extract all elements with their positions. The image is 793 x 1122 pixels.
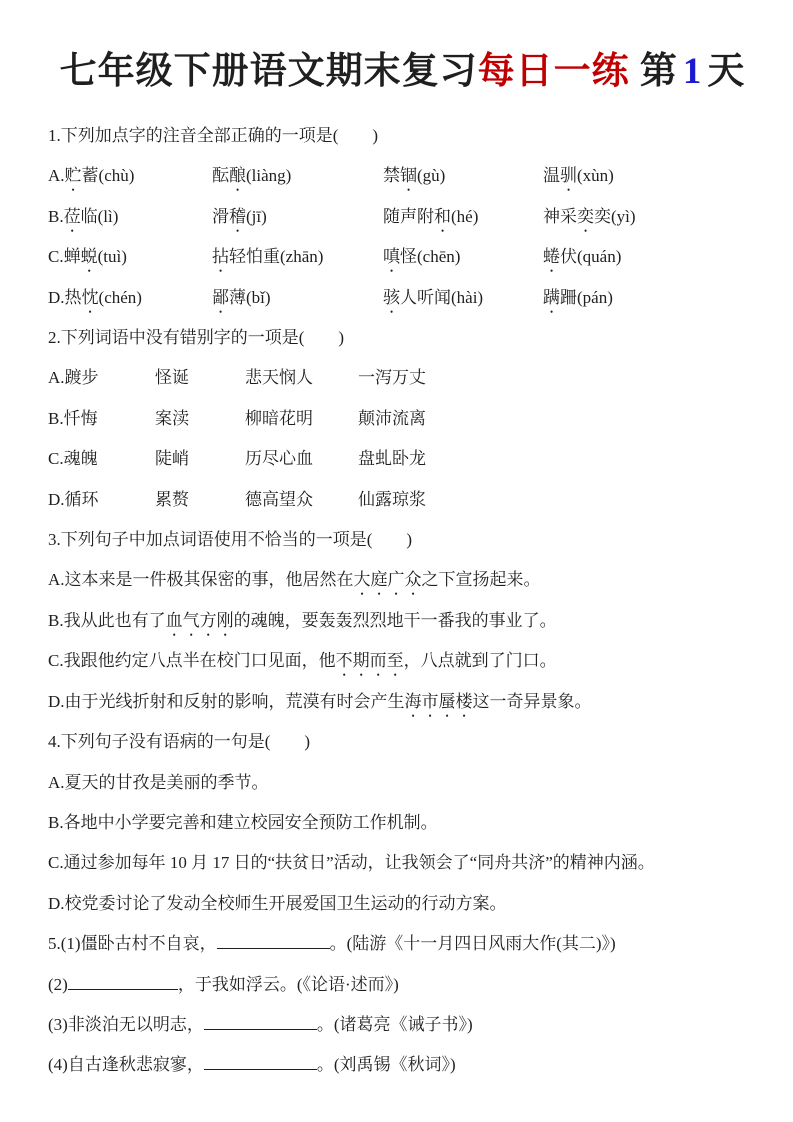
text-segment: 酝 <box>212 166 229 185</box>
question-4-stem: 4.下列句子没有语病的一句是( ) <box>48 722 757 762</box>
text-segment: A.夏天的甘孜是美丽的季节。 <box>48 773 269 792</box>
option-cell: 拈轻怕重(zhān) <box>212 237 383 277</box>
text-segment: (3)非淡泊无以明志， <box>48 1015 204 1034</box>
text-segment: 七年级下册语文期末复习 <box>60 51 478 92</box>
question-2-stem: 2.下列词语中没有错别字的一项是( ) <box>48 318 757 358</box>
text-segment: 2.下列词语中没有错别字的一项是( ) <box>48 328 344 347</box>
option-cell: 仙露琼浆 <box>358 480 426 520</box>
text-segment: D.校党委讨论了发动全校师生开展爱国卫生运动的行动方案。 <box>48 894 507 913</box>
text-segment: 奕(yì) <box>594 207 636 226</box>
option-cell: 蜷伏(quán) <box>543 237 621 277</box>
question-4: 4.下列句子没有语病的一句是( )A.夏天的甘孜是美丽的季节。B.各地中小学要完… <box>48 722 757 924</box>
option-cell: 颠沛流离 <box>358 399 426 439</box>
option-cell: A.贮蓄(chù) <box>48 156 212 196</box>
worksheet-page: 七年级下册语文期末复习每日一练 第1天 1.下列加点字的注音全部正确的一项是( … <box>0 0 793 1122</box>
option-cell: 怪诞 <box>155 358 245 398</box>
text-segment: (hé) <box>451 207 478 226</box>
answer-blank <box>217 948 330 949</box>
emphasized-word: 蜷 <box>543 247 560 266</box>
emphasized-word: 莅 <box>64 207 81 226</box>
text-segment: 仙露琼浆 <box>358 490 426 509</box>
option-cell: 禁锢(gù) <box>383 156 543 196</box>
option-cell: 嗔怪(chēn) <box>383 237 543 277</box>
text-segment: B.忏悔 <box>48 409 98 428</box>
text-segment: 历尽心血 <box>245 449 313 468</box>
option-line: B.各地中小学要完善和建立校园安全预防工作机制。 <box>48 803 757 843</box>
text-segment: (4)自古逢秋悲寂寥， <box>48 1055 204 1074</box>
option-cell: D.热忱(chén) <box>48 278 212 318</box>
text-segment: 神采 <box>543 207 577 226</box>
emphasized-word: 驯 <box>560 166 577 185</box>
text-segment: 德高望众 <box>245 490 313 509</box>
text-segment: 怪(chēn) <box>400 247 460 266</box>
option-cell: 滑稽(jī) <box>212 197 383 237</box>
text-segment: C.蝉 <box>48 247 81 266</box>
text-segment: A. <box>48 166 65 185</box>
option-cell: 骇人听闻(hài) <box>383 278 543 318</box>
option-cell: 蹒跚(pán) <box>543 278 613 318</box>
emphasized-word: 不期而至 <box>336 651 404 670</box>
page-title: 七年级下册语文期末复习每日一练 第1天 <box>48 0 757 100</box>
option-line: (2)，于我如浮云。(《论语·述而》) <box>48 965 757 1005</box>
emphasized-word: 贮 <box>65 166 82 185</box>
option-cell: C.魂魄 <box>48 439 155 479</box>
option-row: C.魂魄陡峭历尽心血盘虬卧龙 <box>48 439 757 479</box>
text-segment: 跚(pán) <box>560 288 613 307</box>
option-cell: 鄙薄(bǐ) <box>212 278 383 318</box>
text-segment: (jī) <box>246 207 267 226</box>
option-row: D.热忱(chén)鄙薄(bǐ)骇人听闻(hài)蹒跚(pán) <box>48 278 757 318</box>
text-segment: 人听闻(hài) <box>400 288 483 307</box>
text-segment: (chén) <box>99 288 142 307</box>
answer-blank <box>68 989 178 990</box>
text-segment: ，于我如浮云。(《论语·述而》) <box>178 975 399 994</box>
text-segment: 1.下列加点字的注音全部正确的一项是( ) <box>48 126 378 145</box>
option-row: A.踱步怪诞悲天悯人一泻万丈 <box>48 358 757 398</box>
text-segment: C.通过参加每年 10 月 17 日的“扶贫日”活动，让我领会了“同舟共济”的精… <box>48 853 655 872</box>
answer-blank <box>204 1029 317 1030</box>
text-segment: 一泻万丈 <box>358 368 426 387</box>
emphasized-word: 拈 <box>212 247 229 266</box>
text-segment: (2) <box>48 975 68 994</box>
text-segment: (tuì) <box>98 247 127 266</box>
question-list: 1.下列加点字的注音全部正确的一项是( )A.贮蓄(chù)酝酿(liàng)禁… <box>48 116 757 1086</box>
question-5: 5.(1)僵卧古村不自哀，。(陆游《十一月四日风雨大作(其二)》)(2)，于我如… <box>48 924 757 1086</box>
option-cell: 德高望众 <box>245 480 358 520</box>
option-cell: B.莅临(lì) <box>48 197 212 237</box>
option-cell: 温驯(xùn) <box>543 156 614 196</box>
text-segment: 3.下列句子中加点词语使用不恰当的一项是( ) <box>48 530 412 549</box>
option-cell: 一泻万丈 <box>358 358 426 398</box>
emphasized-word: 血气方刚 <box>166 611 234 630</box>
option-line: D.校党委讨论了发动全校师生开展爱国卫生运动的行动方案。 <box>48 884 757 924</box>
text-segment: C.魂魄 <box>48 449 98 468</box>
text-segment: 怪诞 <box>155 368 189 387</box>
text-segment: 伏(quán) <box>560 247 621 266</box>
emphasized-word: 大庭广众 <box>354 570 422 589</box>
text-segment: 柳暗花明 <box>245 409 313 428</box>
text-segment: 。(诸葛亮《诫子书》) <box>317 1015 473 1034</box>
option-row: B.莅临(lì)滑稽(jī)随声附和(hé)神采奕奕(yì) <box>48 197 757 237</box>
answer-blank <box>204 1069 317 1070</box>
text-segment: 禁 <box>383 166 400 185</box>
emphasized-word: 蜕 <box>81 247 98 266</box>
option-line: A.这本来是一件极其保密的事，他居然在大庭广众之下宣扬起来。 <box>48 560 757 600</box>
text-segment: 。(陆游《十一月四日风雨大作(其二)》) <box>330 934 616 953</box>
emphasized-word: 骇 <box>383 288 400 307</box>
option-cell: 悲天悯人 <box>245 358 358 398</box>
option-line: C.我跟他约定八点半在校门口见面，他不期而至，八点就到了门口。 <box>48 641 757 681</box>
text-segment: 。(刘禹锡《秋词》) <box>317 1055 456 1074</box>
emphasized-word: 嗔 <box>383 247 400 266</box>
question-3: 3.下列句子中加点词语使用不恰当的一项是( )A.这本来是一件极其保密的事，他居… <box>48 520 757 722</box>
text-segment: 第 <box>630 51 678 92</box>
option-row: A.贮蓄(chù)酝酿(liàng)禁锢(gù)温驯(xùn) <box>48 156 757 196</box>
emphasized-word: 稽 <box>229 207 246 226</box>
option-cell: C.蝉蜕(tuì) <box>48 237 212 277</box>
option-cell: 神采奕奕(yì) <box>543 197 636 237</box>
text-segment: ，八点就到了门口。 <box>404 651 557 670</box>
question-1: 1.下列加点字的注音全部正确的一项是( )A.贮蓄(chù)酝酿(liàng)禁… <box>48 116 757 318</box>
text-segment: D.由于光线折射和反射的影响，荒漠有时会产生 <box>48 692 405 711</box>
text-segment: B. <box>48 207 64 226</box>
emphasized-word: 和 <box>434 207 451 226</box>
text-segment: 案渎 <box>155 409 189 428</box>
option-line: (3)非淡泊无以明志，。(诸葛亮《诫子书》) <box>48 1005 757 1045</box>
text-segment: 累赘 <box>155 490 189 509</box>
text-segment: 轻怕重(zhān) <box>229 247 323 266</box>
option-row: C.蝉蜕(tuì)拈轻怕重(zhān)嗔怪(chēn)蜷伏(quán) <box>48 237 757 277</box>
text-segment: (liàng) <box>246 166 291 185</box>
option-row: D.循环累赘德高望众仙露琼浆 <box>48 480 757 520</box>
question-3-stem: 3.下列句子中加点词语使用不恰当的一项是( ) <box>48 520 757 560</box>
question-1-stem: 1.下列加点字的注音全部正确的一项是( ) <box>48 116 757 156</box>
text-segment: D.热 <box>48 288 82 307</box>
option-cell: 酝酿(liàng) <box>212 156 383 196</box>
option-cell: 历尽心血 <box>245 439 358 479</box>
text-segment: 陡峭 <box>155 449 189 468</box>
text-segment: D.循环 <box>48 490 99 509</box>
emphasized-word: 蹒 <box>543 288 560 307</box>
emphasized-word: 鄙 <box>212 288 229 307</box>
text-segment: 4.下列句子没有语病的一句是( ) <box>48 732 310 751</box>
text-segment: 温 <box>543 166 560 185</box>
option-line: 5.(1)僵卧古村不自哀，。(陆游《十一月四日风雨大作(其二)》) <box>48 924 757 964</box>
emphasized-word: 奕 <box>577 207 594 226</box>
text-segment: 盘虬卧龙 <box>358 449 426 468</box>
text-segment: B.各地中小学要完善和建立校园安全预防工作机制。 <box>48 813 438 832</box>
option-line: A.夏天的甘孜是美丽的季节。 <box>48 763 757 803</box>
option-cell: A.踱步 <box>48 358 155 398</box>
text-segment: 之下宣扬起来。 <box>422 570 541 589</box>
option-cell: B.忏悔 <box>48 399 155 439</box>
text-segment: 临(lì) <box>81 207 119 226</box>
option-cell: 盘虬卧龙 <box>358 439 426 479</box>
emphasized-word: 锢 <box>400 166 417 185</box>
option-cell: 柳暗花明 <box>245 399 358 439</box>
question-2: 2.下列词语中没有错别字的一项是( )A.踱步怪诞悲天悯人一泻万丈B.忏悔案渎柳… <box>48 318 757 520</box>
text-segment: 天 <box>707 51 745 92</box>
option-line: B.我从此也有了血气方刚的魂魄，要轰轰烈烈地干一番我的事业了。 <box>48 601 757 641</box>
text-segment: C.我跟他约定八点半在校门口见面，他 <box>48 651 336 670</box>
option-line: C.通过参加每年 10 月 17 日的“扶贫日”活动，让我领会了“同舟共济”的精… <box>48 843 757 883</box>
text-segment: 5.(1)僵卧古村不自哀， <box>48 934 217 953</box>
option-line: (4)自古逢秋悲寂寥，。(刘禹锡《秋词》) <box>48 1045 757 1085</box>
text-segment: A.这本来是一件极其保密的事，他居然在 <box>48 570 354 589</box>
option-row: B.忏悔案渎柳暗花明颠沛流离 <box>48 399 757 439</box>
emphasized-word: 忱 <box>82 288 99 307</box>
option-cell: 累赘 <box>155 480 245 520</box>
option-cell: 随声附和(hé) <box>383 197 543 237</box>
text-segment: 悲天悯人 <box>245 368 313 387</box>
option-cell: D.循环 <box>48 480 155 520</box>
title-highlight: 1 <box>683 51 703 92</box>
title-highlight: 每日一练 <box>478 51 630 92</box>
emphasized-word: 海市蜃楼 <box>405 692 473 711</box>
text-segment: (xùn) <box>577 166 614 185</box>
option-cell: 陡峭 <box>155 439 245 479</box>
text-segment: 这一奇异景象。 <box>473 692 592 711</box>
text-segment: (gù) <box>417 166 445 185</box>
text-segment: B.我从此也有了 <box>48 611 166 630</box>
text-segment: 滑 <box>212 207 229 226</box>
text-segment: 薄(bǐ) <box>229 288 271 307</box>
option-cell: 案渎 <box>155 399 245 439</box>
text-segment: 的魂魄，要轰轰烈烈地干一番我的事业了。 <box>234 611 557 630</box>
emphasized-word: 酿 <box>229 166 246 185</box>
option-line: D.由于光线折射和反射的影响，荒漠有时会产生海市蜃楼这一奇异景象。 <box>48 682 757 722</box>
text-segment: 颠沛流离 <box>358 409 426 428</box>
text-segment: 蓄(chù) <box>82 166 135 185</box>
text-segment: 随声附 <box>383 207 434 226</box>
text-segment: A.踱步 <box>48 368 99 387</box>
